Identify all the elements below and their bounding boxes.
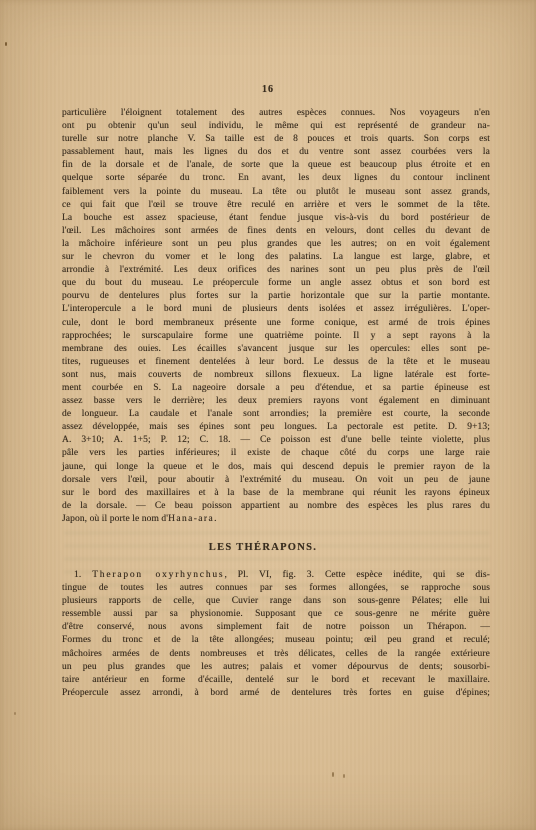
paragraph-2-body: tingue de toutes les autres connues par … (62, 582, 490, 700)
text-line: plusieurs rapports de celle, que Cuvier … (62, 595, 490, 608)
last-line-text: Japon, où il porte le nom d' (62, 514, 168, 524)
text-line: ressemble aussi par sa physionomie. Supp… (62, 608, 490, 621)
text-line: pourvu de dentelures plus fortes sur la … (62, 290, 490, 303)
item-number: 1. (74, 570, 92, 580)
text-line: Formes du tronc et de la tête allongées;… (62, 634, 490, 647)
text-line: quelque sorte séparée du tronc. En avant… (62, 172, 490, 185)
text-line: mâchoires armées de dents nombreuses et … (62, 648, 490, 661)
paper-speck (5, 42, 7, 46)
paragraph-2: 1. Therapon oxyrhynchus, Pl. VI, fig. 3.… (62, 569, 490, 700)
text-line: pâle vers les parties inférieures; il ex… (62, 447, 490, 460)
text-line: sont nus, mais couverts de nombreux sill… (62, 369, 490, 382)
species-name: Therapon oxyrhynchus (92, 570, 224, 580)
text-line: de longueur. La caudale et l'anale sont … (62, 408, 490, 421)
text-line: sur le chevron du vomer et le long des p… (62, 251, 490, 264)
text-block: particulière l'éloignent totalement des … (62, 107, 490, 700)
text-line: rapprochées; le surscapulaire forme une … (62, 330, 490, 343)
text-line: tingue de toutes les autres connues par … (62, 582, 490, 595)
text-line: un peu plus grandes que les autres; pala… (62, 661, 490, 674)
text-line: sur le bord des maxillaires et à la base… (62, 487, 490, 500)
paper-speck (14, 712, 16, 715)
text-line: cule, dont le bord membraneux présente u… (62, 317, 490, 330)
scanned-book-page: 16 particulière l'éloignent totalement d… (0, 0, 536, 830)
section-heading: LES THÉRAPONS. (49, 541, 477, 554)
text-line: assez développée, mais ses épines sont p… (62, 421, 490, 434)
page-number: 16 (0, 84, 536, 95)
text-line: ce qui fait que l'œil se trouve être rec… (62, 199, 490, 212)
text-line: ment courbée en S. La nageoire dorsale a… (62, 382, 490, 395)
text-line: l'œil. Les mâchoires sont armées de fine… (62, 225, 490, 238)
text-line: que du bout du museau. Le préopercule fo… (62, 277, 490, 290)
text-line: d'être conservé, nous avons simplement f… (62, 621, 490, 634)
paragraph-1: particulière l'éloignent totalement des … (62, 107, 490, 513)
text-line: fin de la dorsale et de l'anale, de sort… (62, 159, 490, 172)
fish-local-name: Hana-ara. (168, 514, 218, 524)
first-line-text: , Pl. VI, fig. 3. Cette espèce inédite, … (224, 570, 490, 580)
paper-speck (343, 774, 345, 778)
text-line: la mâchoire inférieure sont un peu plus … (62, 238, 490, 251)
text-line: membrane des ouies. Les écailles s'avanc… (62, 343, 490, 356)
text-line: passablement haut, mais les lignes du do… (62, 146, 490, 159)
paragraph-2-first-line: 1. Therapon oxyrhynchus, Pl. VI, fig. 3.… (62, 569, 490, 582)
text-line: turelle sur notre planche V. Sa taille e… (62, 133, 490, 146)
text-line: Préopercule assez arrondi, à bord armé d… (62, 687, 490, 700)
text-line: jaune, qui longe la queue et le dos, mai… (62, 461, 490, 474)
text-line: taire antérieur en forme d'écaille, dent… (62, 674, 490, 687)
text-line: ont pu obtenir qu'un seul individu, le m… (62, 120, 490, 133)
text-line: faiblement vers la pointe du museau. La … (62, 186, 490, 199)
text-line: L'interopercule a le bord muni de plusie… (62, 303, 490, 316)
paper-speck (332, 772, 334, 777)
text-line: La bouche est assez spacieuse, étant fen… (62, 212, 490, 225)
text-line: particulière l'éloignent totalement des … (62, 107, 490, 120)
text-line: tites, rugueuses et finement dentelées à… (62, 356, 490, 369)
text-line: assez basse vers le derrière; les deux p… (62, 395, 490, 408)
text-line: arrondie à l'extrémité. Les deux orifice… (62, 264, 490, 277)
text-line: dorsale vers l'œil, pour aboutir à l'ext… (62, 474, 490, 487)
text-line: de la dorsale. — Ce beau poisson apparti… (62, 500, 490, 513)
paragraph-1-last-line: Japon, où il porte le nom d'Hana-ara. (62, 513, 490, 526)
text-line: A. 3+10; A. 1+5; P. 12; C. 18. — Ce pois… (62, 434, 490, 447)
